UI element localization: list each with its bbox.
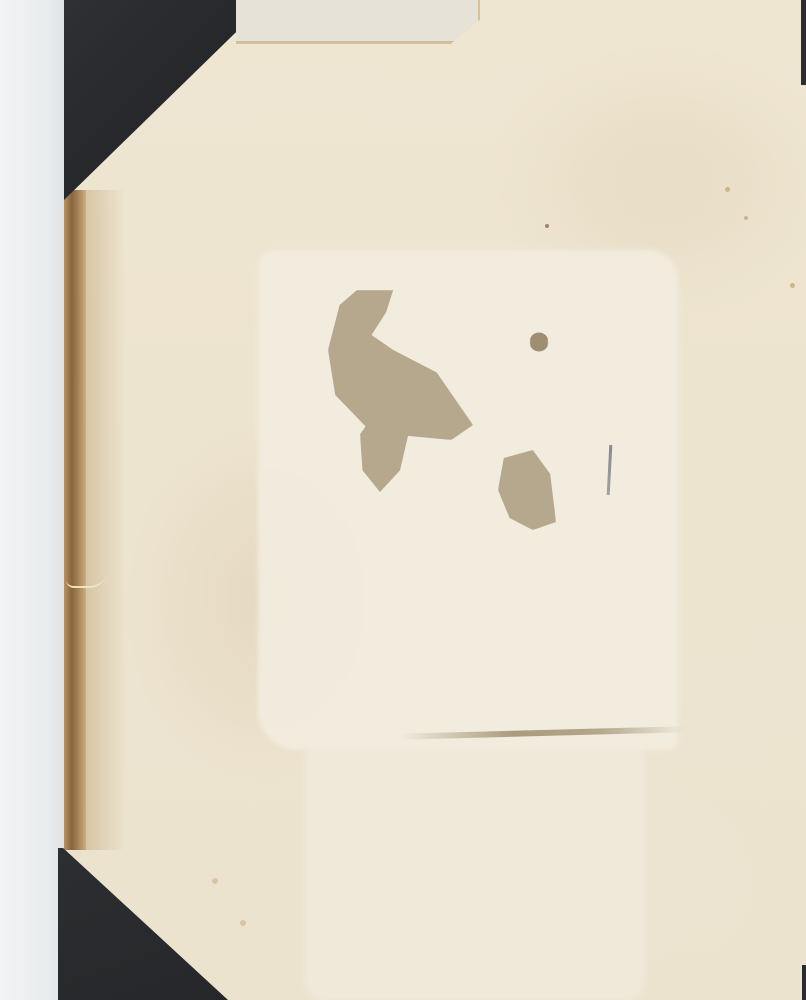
right-edge-cloth-bottom bbox=[802, 965, 806, 1000]
right-edge-cloth-top bbox=[801, 0, 806, 85]
torn-top-label bbox=[236, 0, 480, 44]
scraped-lower-area bbox=[305, 740, 645, 1000]
foxing-spot bbox=[744, 216, 748, 220]
scraped-label-area bbox=[258, 250, 678, 750]
foxing-spot bbox=[212, 878, 218, 884]
foxing-spot bbox=[790, 283, 795, 288]
foxing-spot bbox=[725, 187, 730, 192]
cloth-spine-strip bbox=[64, 190, 86, 850]
book-cover-photo bbox=[0, 0, 806, 1000]
foxing-spot bbox=[240, 920, 246, 926]
exposed-board-patch-small bbox=[530, 332, 548, 352]
spine-stain bbox=[86, 190, 126, 850]
foxing-spot bbox=[545, 224, 549, 228]
